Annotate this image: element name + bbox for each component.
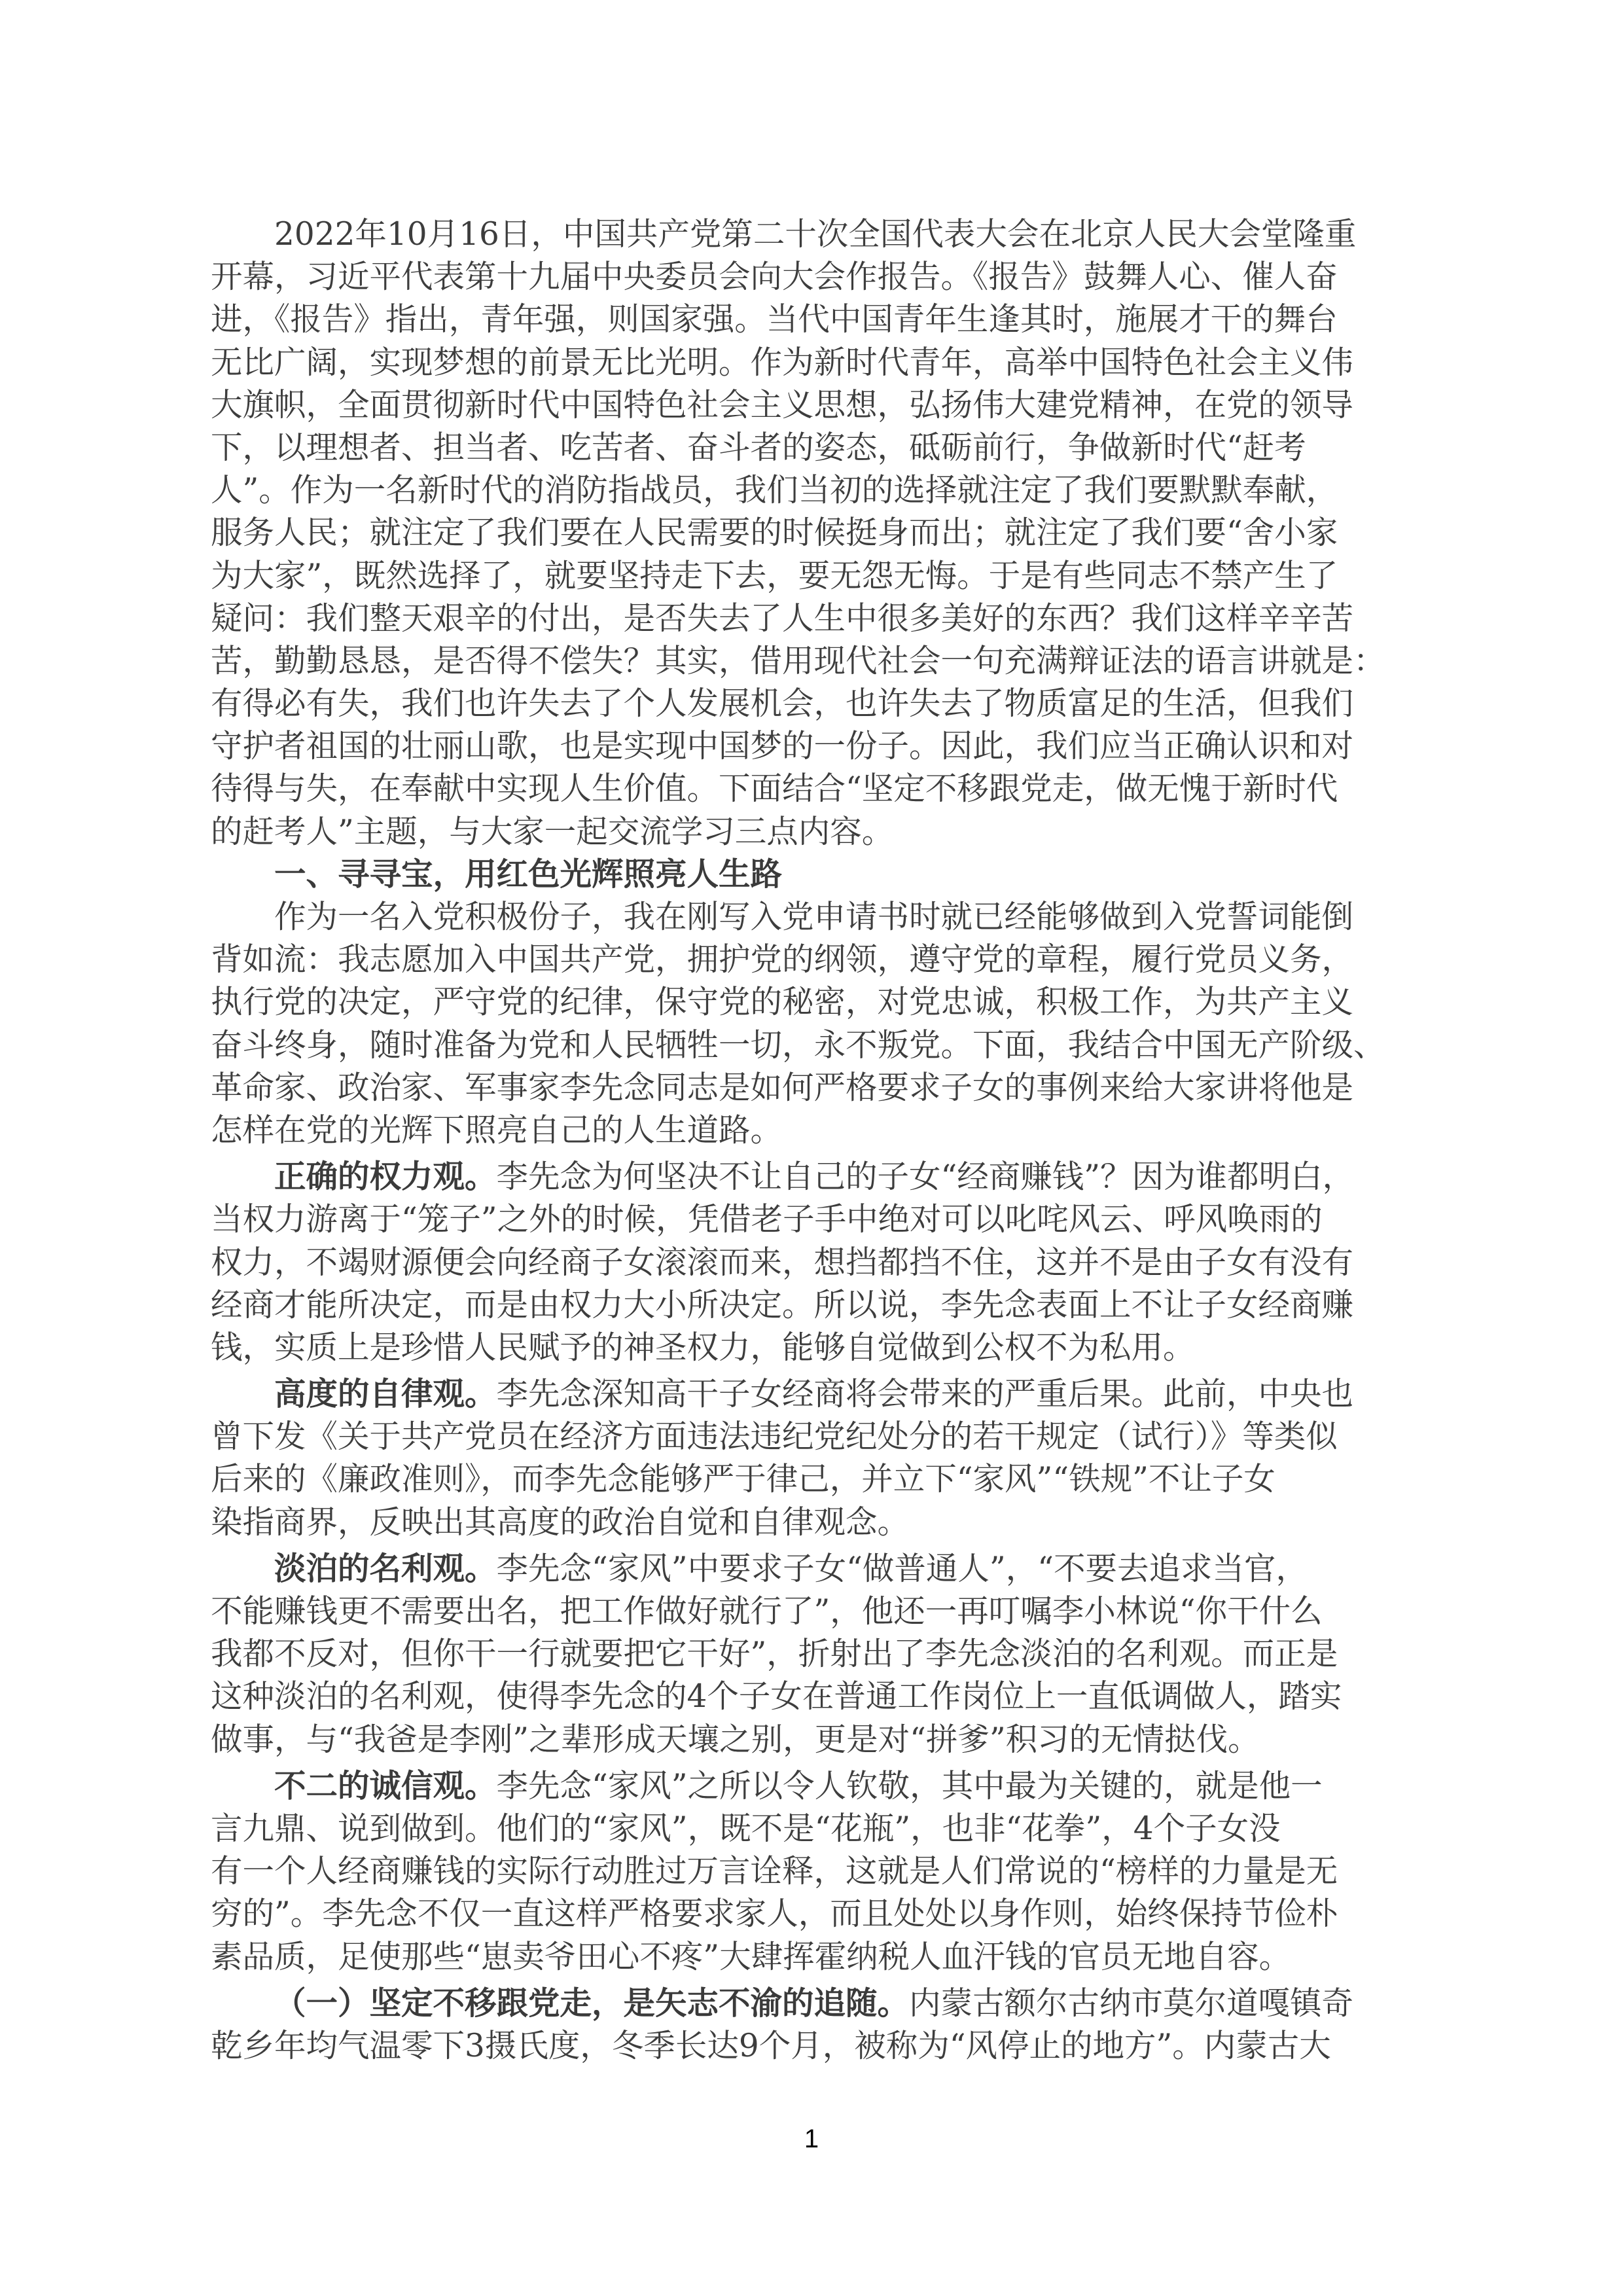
text-line: 做事，与“我爸是李刚”之辈形成天壤之别，更是对“拼爹”积习的无情挞伐。: [211, 1719, 1389, 1761]
intro-paragraph: 2022年10月16日，中国共产党第二十次全国代表大会在北京人民大会堂隆重 开幕…: [211, 213, 1389, 853]
text-line: 作为一名入党积极份子，我在刚写入党申请书时就已经能够做到入党誓词能倒: [211, 896, 1389, 939]
heading-text: 一、寻寻宝，用红色光辉照亮人生路: [211, 853, 1389, 896]
text-line: 大旗帜，全面贯彻新时代中国特色社会主义思想，弘扬伟大建党精神，在党的领导: [211, 384, 1389, 427]
text-line: 钱，实质上是珍惜人民赋予的神圣权力，能够自觉做到公权不为私用。: [211, 1327, 1389, 1369]
text-run: 李先念为何坚决不让自己的子女“经商赚钱”？因为谁都明白，: [497, 1158, 1355, 1195]
text-line: 待得与失，在奉献中实现人生价值。下面结合“坚定不移跟党走，做无愧于新时代: [211, 768, 1389, 810]
text-line: 权力，不竭财源便会向经商子女滚滚而来，想挡都挡不住，这并不是由子女有没有: [211, 1242, 1389, 1284]
text-line: 当权力游离于“笼子”之外的时候，凭借老子手中绝对可以叱咤风云、呼风唤雨的: [211, 1198, 1389, 1241]
section-1-paragraph: （一）坚定不移跟党走，是矢志不渝的追随。内蒙古额尔古纳市莫尔道嘎镇奇 乾乡年均气…: [211, 1982, 1389, 2068]
text-line: 染指商界，反映出其高度的政治自觉和自律观念。: [211, 1501, 1389, 1544]
bold-lead: 正确的权力观。: [274, 1158, 497, 1195]
text-line: 曾下发《关于共产党员在经济方面违法违纪党纪处分的若干规定（试行）》等类似: [211, 1416, 1389, 1458]
text-line: （一）坚定不移跟党走，是矢志不渝的追随。内蒙古额尔古纳市莫尔道嘎镇奇: [211, 1982, 1389, 2025]
text-line: 革命家、政治家、军事家李先念同志是如何严格要求子女的事例来给大家讲将他是: [211, 1067, 1389, 1109]
text-line: 经商才能所决定，而是由权力大小所决定。所以说，李先念表面上不让子女经商赚: [211, 1284, 1389, 1327]
text-line: 为大家”，既然选择了，就要坚持走下去，要无怨无悔。于是有些同志不禁产生了: [211, 555, 1389, 598]
text-line: 服务人民；就注定了我们要在人民需要的时候挺身而出；就注定了我们要“舍小家: [211, 512, 1389, 554]
text-line: 疑问：我们整天艰辛的付出，是否失去了人生中很多美好的东西？我们这样辛辛苦: [211, 598, 1389, 640]
section-heading: 一、寻寻宝，用红色光辉照亮人生路: [211, 853, 1389, 896]
text-line: 进，《报告》指出，青年强，则国家强。当代中国青年生逢其时，施展才干的舞台: [211, 298, 1389, 341]
text-line: 素品质，足使那些“崽卖爷田心不疼”大肆挥霍纳税人血汗钱的官员无地自容。: [211, 1936, 1389, 1979]
discipline-paragraph: 高度的自律观。李先念深知高干子女经商将会带来的严重后果。此前，中央也 曾下发《关…: [211, 1373, 1389, 1544]
text-line: 苦，勤勤恳恳，是否得不偿失？其实，借用现代社会一句充满辩证法的语言讲就是：: [211, 640, 1389, 683]
text-line: 后来的《廉政准则》，而李先念能够严于律己，并立下“家风”“铁规”不让子女: [211, 1458, 1389, 1501]
text-run: 李先念深知高干子女经商将会带来的严重后果。此前，中央也: [497, 1376, 1354, 1412]
text-line: 不能赚钱更不需要出名，把工作做好就行了”，他还一再叮嘱李小林说“你干什么: [211, 1590, 1389, 1633]
text-line: 不二的诚信观。李先念“家风”之所以令人钦敬，其中最为关键的，就是他一: [211, 1765, 1389, 1808]
text-line: 执行党的决定，严守党的纪律，保守党的秘密，对党忠诚，积极工作，为共产主义: [211, 981, 1389, 1024]
fame-paragraph: 淡泊的名利观。李先念“家风”中要求子女“做普通人”，“不要去追求当官， 不能赚钱…: [211, 1548, 1389, 1761]
text-line: 言九鼎、说到做到。他们的“家风”，既不是“花瓶”，也非“花拳”，4个子女没: [211, 1808, 1389, 1850]
text-line: 乾乡年均气温零下3摄氏度，冬季长达9个月，被称为“风停止的地方”。内蒙古大: [211, 2025, 1389, 2068]
bold-lead: 不二的诚信观。: [274, 1768, 497, 1804]
text-line: 的赶考人”主题，与大家一起交流学习三点内容。: [211, 811, 1389, 853]
document-body: 2022年10月16日，中国共产党第二十次全国代表大会在北京人民大会堂隆重 开幕…: [211, 213, 1389, 2068]
page-number: 1: [0, 2125, 1623, 2154]
text-run: 内蒙古额尔古纳市莫尔道嘎镇奇: [909, 1985, 1353, 2022]
text-line: 开幕，习近平代表第十九届中央委员会向大会作报告。《报告》鼓舞人心、催人奋: [211, 256, 1389, 298]
bold-lead: 高度的自律观。: [274, 1376, 497, 1412]
bold-lead: 淡泊的名利观。: [274, 1551, 497, 1587]
text-line: 有一个人经商赚钱的实际行动胜过万言诠释，这就是人们常说的“榜样的力量是无: [211, 1850, 1389, 1893]
text-run: 李先念“家风”中要求子女“做普通人”，“不要去追求当官，: [497, 1551, 1308, 1587]
text-line: 守护者祖国的壮丽山歌，也是实现中国梦的一份子。因此，我们应当正确认识和对: [211, 725, 1389, 768]
power-paragraph: 正确的权力观。李先念为何坚决不让自己的子女“经商赚钱”？因为谁都明白， 当权力游…: [211, 1156, 1389, 1369]
text-line: 奋斗终身，随时准备为党和人民牺牲一切，永不叛党。下面，我结合中国无产阶级、: [211, 1024, 1389, 1067]
text-line: 2022年10月16日，中国共产党第二十次全国代表大会在北京人民大会堂隆重: [211, 213, 1389, 256]
oath-paragraph: 作为一名入党积极份子，我在刚写入党申请书时就已经能够做到入党誓词能倒 背如流：我…: [211, 896, 1389, 1152]
integrity-paragraph: 不二的诚信观。李先念“家风”之所以令人钦敬，其中最为关键的，就是他一 言九鼎、说…: [211, 1765, 1389, 1979]
text-line: 我都不反对，但你干一行就要把它干好”，折射出了李先念淡泊的名利观。而正是: [211, 1633, 1389, 1676]
document-page: 2022年10月16日，中国共产党第二十次全国代表大会在北京人民大会堂隆重 开幕…: [0, 0, 1623, 2296]
text-run: 李先念“家风”之所以令人钦敬，其中最为关键的，就是他一: [497, 1768, 1323, 1804]
text-line: 有得必有失，我们也许失去了个人发展机会，也许失去了物质富足的生活，但我们: [211, 683, 1389, 725]
text-line: 穷的”。李先念不仅一直这样严格要求家人，而且处处以身作则，始终保持节俭朴: [211, 1893, 1389, 1935]
bold-lead: （一）坚定不移跟党走，是矢志不渝的追随。: [274, 1985, 909, 2022]
text-line: 人”。作为一名新时代的消防指战员，我们当初的选择就注定了我们要默默奉献，: [211, 469, 1389, 512]
text-line: 背如流：我志愿加入中国共产党，拥护党的纲领，遵守党的章程，履行党员义务，: [211, 939, 1389, 981]
text-line: 这种淡泊的名利观，使得李先念的4个子女在普通工作岗位上一直低调做人，踏实: [211, 1676, 1389, 1718]
text-line: 正确的权力观。李先念为何坚决不让自己的子女“经商赚钱”？因为谁都明白，: [211, 1156, 1389, 1198]
text-line: 无比广阔，实现梦想的前景无比光明。作为新时代青年，高举中国特色社会主义伟: [211, 342, 1389, 384]
text-line: 高度的自律观。李先念深知高干子女经商将会带来的严重后果。此前，中央也: [211, 1373, 1389, 1416]
text-line: 怎样在党的光辉下照亮自己的人生道路。: [211, 1109, 1389, 1152]
text-line: 下，以理想者、担当者、吃苦者、奋斗者的姿态，砥砺前行，争做新时代“赶考: [211, 427, 1389, 469]
text-line: 淡泊的名利观。李先念“家风”中要求子女“做普通人”，“不要去追求当官，: [211, 1548, 1389, 1590]
